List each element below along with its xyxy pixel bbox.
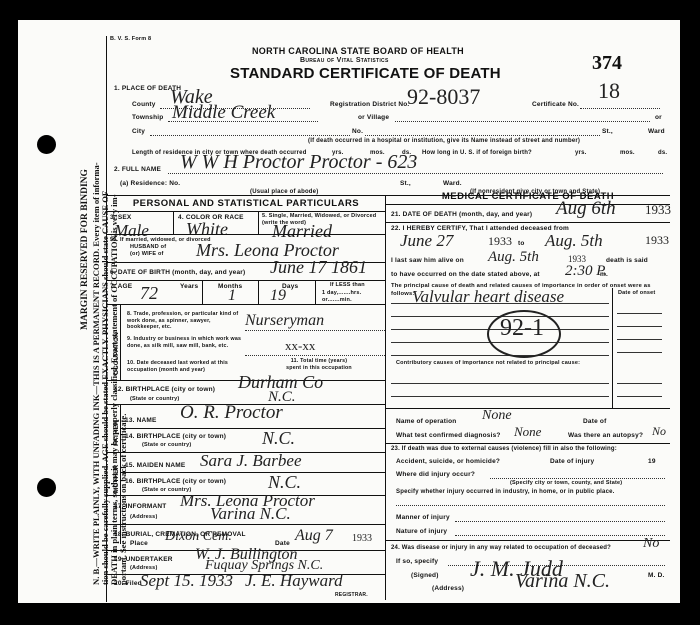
less-than-label: If LESS than — [330, 282, 365, 288]
physician-address-label: (Address) — [432, 585, 464, 592]
cause-line-1 — [391, 303, 609, 304]
cause-value: Valvular heart disease — [412, 287, 564, 307]
certificate-title: STANDARD CERTIFICATE OF DEATH — [230, 65, 501, 82]
burial-place-value: Dixon Cem. — [165, 529, 232, 545]
rule-row-6 — [106, 280, 386, 281]
form-id: B. V. S. Form 8 — [110, 36, 151, 42]
city-ward-label: Ward — [648, 128, 665, 135]
age-years-value: 72 — [140, 283, 158, 304]
hospital-note: (If death occurred in a hospital or inst… — [308, 138, 580, 144]
board-title: NORTH CAROLINA STATE BOARD OF HEALTH — [252, 46, 464, 56]
trade-label: 8. Trade, profession, or particular kind… — [127, 311, 245, 331]
township-value: Middle Creek — [172, 102, 275, 124]
full-name-label: 2. FULL NAME — [114, 166, 161, 173]
bureau-title: Bureau of Vital Statistics — [300, 57, 389, 64]
contrib-onset-2 — [617, 396, 662, 397]
cause-code-value: 92-1 — [500, 315, 544, 342]
village-label: or Village — [358, 114, 389, 121]
injury-date-label: Date of injury — [550, 458, 594, 465]
onset-line-3 — [617, 339, 662, 340]
nature-label: Nature of injury — [396, 528, 447, 535]
contrib-onset-1 — [617, 383, 662, 384]
mother-side-label: MOTHER — [111, 465, 122, 493]
signed-label: (Signed) — [411, 572, 439, 579]
burial-year-value: 1933 — [352, 533, 372, 544]
binding-margin: MARGIN RESERVED FOR BINDING N. B.—WRITE … — [18, 20, 106, 603]
cert-no-label: Certificate No. — [532, 101, 579, 108]
cause-line-5 — [391, 355, 609, 356]
foreign-yrs-label: yrs. — [575, 150, 586, 156]
county-label: County — [132, 101, 156, 108]
city-line — [150, 135, 350, 136]
onset-line-1 — [617, 313, 662, 314]
to-label: to — [518, 240, 525, 247]
last-saw-label: I last saw him alive on — [391, 257, 464, 264]
form-left-border — [106, 36, 107, 602]
rule-row-17 — [106, 524, 386, 525]
full-name-value: W W H Proctor Proctor - 623 — [180, 151, 417, 174]
date-of-death-label: 21. DATE OF DEATH (month, day, and year) — [391, 211, 532, 218]
last-saw-value: Aug. 5th — [488, 249, 539, 266]
sex-label: 3. SEX — [110, 214, 131, 221]
reg-district-value: 92-8037 — [407, 84, 480, 110]
cert-no-line — [580, 108, 660, 109]
physician-address-value: Varina N.C. — [515, 570, 610, 593]
attended-from-value: June 27 — [400, 231, 453, 251]
filed-label: 20. Filed — [114, 580, 142, 587]
date-of-death-year: 1933 — [645, 202, 671, 218]
punch-hole-bottom — [37, 478, 56, 497]
rule-sex — [173, 211, 174, 234]
date-of-death-value: Aug 6th — [556, 198, 616, 220]
filed-value: Sept 15. 1933 — [140, 571, 233, 591]
where-injury-line — [490, 478, 665, 479]
rule-contrib — [386, 408, 670, 409]
industry-label: 9. Industry or business in which work wa… — [127, 336, 245, 349]
father-name-value: O. R. Proctor — [180, 402, 283, 424]
occupation-side-rule — [120, 304, 121, 380]
punch-hole-top — [37, 135, 56, 154]
onset-line-4 — [617, 352, 662, 353]
specify-city-note: (Specify city or town, county, and State… — [510, 480, 622, 486]
onset-column-rule — [612, 288, 613, 408]
industry-home-line — [396, 505, 665, 506]
manner-line — [455, 521, 665, 522]
date-of-onset-label: Date of onset — [618, 290, 655, 296]
to-year-value: 1933 — [645, 233, 669, 248]
contributory-label: Contributory causes of importance not re… — [396, 360, 606, 367]
contrib-line-1 — [391, 383, 609, 384]
village-line — [395, 121, 650, 122]
residence-label: (a) Residence: No. — [120, 180, 180, 187]
marital-value: Married — [272, 221, 332, 242]
margin-reserved-label: MARGIN RESERVED FOR BINDING — [80, 169, 91, 330]
less-min-label: or.......min. — [322, 297, 352, 303]
city-no-label: No. — [352, 128, 363, 135]
mother-name-value: Sara J. Barbee — [200, 451, 302, 471]
mother-name-label: 15. MAIDEN NAME — [125, 462, 185, 469]
residence-st-label: St., — [400, 180, 411, 187]
father-name-label: 13. NAME — [125, 417, 157, 424]
rule-age-1 — [202, 280, 203, 304]
md-label: M. D. — [648, 572, 665, 579]
registrar-value: J. E. Hayward — [245, 571, 343, 591]
where-injury-label: Where did injury occur? — [396, 471, 475, 478]
rule-color — [258, 211, 259, 234]
industry-value: xx-xx — [285, 338, 315, 354]
birthplace-label: 12. BIRTHPLACE (city or town) — [114, 386, 215, 393]
street-line — [365, 135, 600, 136]
dob-label: 6. DATE OF BIRTH (month, day, and year) — [110, 269, 245, 276]
accident-label: Accident, suicide, or homicide? — [396, 458, 500, 465]
stamp-number: 374 — [592, 52, 622, 75]
father-bp-state-label: (State or country) — [142, 442, 191, 448]
rule-row-7 — [106, 304, 386, 305]
operation-value: None — [482, 408, 512, 424]
rule-mother-name — [120, 472, 386, 473]
rule-age-2 — [258, 280, 259, 304]
informant-address-value: Varina N.C. — [210, 504, 291, 524]
personal-section-title: PERSONAL AND STATISTICAL PARTICULARS — [106, 198, 386, 209]
city-label: City — [132, 128, 145, 135]
years-label: Years — [180, 283, 198, 290]
or-label: or — [655, 114, 662, 121]
rule-dod — [386, 222, 670, 223]
injury-year-label: 19 — [648, 458, 656, 465]
birthplace-state-label: (State or country) — [130, 396, 179, 402]
spouse-label-2: HUSBAND of — [130, 244, 166, 250]
dob-value: June 17 1861 — [270, 257, 367, 278]
related-occupation-value: No — [643, 536, 659, 552]
m-label: m. — [600, 271, 608, 278]
diagnosis-label: What test confirmed diagnosis? — [396, 432, 501, 439]
attended-to-value: Aug. 5th — [545, 231, 603, 251]
undertaker-label: 19. UNDERTAKER — [114, 556, 173, 563]
rule-nature — [386, 540, 670, 541]
informant-address-label: (Address) — [130, 514, 157, 520]
rule-father-name — [120, 428, 386, 429]
autopsy-value: No — [652, 424, 666, 439]
residence-ward-label: Ward. — [443, 180, 462, 187]
city-st-label: St., — [602, 128, 613, 135]
diagnosis-value: None — [514, 424, 541, 440]
personal-title-rule — [106, 211, 386, 212]
age-label: 7. AGE — [110, 283, 132, 290]
foreign-label: How long in U. S. if of foreign birth? — [422, 150, 532, 156]
if-so-label: If so, specify — [396, 558, 438, 565]
last-worked-label: 10. Date deceased last worked at this oc… — [127, 360, 245, 373]
contrib-line-2 — [391, 396, 609, 397]
from-year-value: 1933 — [488, 234, 512, 249]
father-birthplace-value: N.C. — [262, 428, 295, 449]
operation-label: Name of operation — [396, 418, 456, 425]
death-said-label: death is said — [606, 257, 648, 264]
cert-no-value: 18 — [598, 78, 620, 104]
age-days-value: 19 — [270, 287, 286, 305]
industry-line — [245, 355, 385, 356]
operation-date-label: Date of — [583, 418, 606, 425]
father-birthplace-label: 14. BIRTHPLACE (city or town) — [125, 433, 226, 440]
industry-home-label: Specify whether injury occurred in indus… — [396, 489, 615, 495]
manner-label: Manner of injury — [396, 514, 450, 521]
rule-row-3 — [106, 234, 386, 235]
township-label: Township — [132, 114, 163, 121]
foreign-mos-label: mos. — [620, 150, 635, 156]
onset-line-2 — [617, 326, 662, 327]
rule-age-3 — [315, 280, 316, 304]
autopsy-label: Was there an autopsy? — [568, 432, 643, 439]
rule-autopsy — [386, 443, 670, 444]
total-time-label: 11. Total time (years) spent in this occ… — [285, 358, 353, 371]
reg-district-label: Registration District No. — [330, 101, 409, 108]
mother-birthplace-value: N.C. — [268, 472, 301, 493]
nature-line — [455, 535, 665, 536]
less-hrs-label: 1 day,.......hrs. — [322, 290, 361, 296]
trade-value: Nurseryman — [245, 312, 324, 330]
medical-title-rule — [386, 204, 670, 205]
trade-line — [245, 330, 385, 331]
foreign-ds-label: ds. — [658, 150, 667, 156]
age-months-value: 1 — [228, 287, 236, 305]
registrar-label: REGISTRAR. — [335, 592, 368, 598]
burial-place-label: Place — [130, 540, 148, 547]
spouse-label-3: (or) WIFE of — [130, 251, 164, 257]
related-occupation-label: 24. Was disease or injury in any way rel… — [391, 545, 611, 551]
burial-date-value: Aug 7 — [295, 527, 333, 545]
medical-section-title: MEDICAL CERTIFICATE OF DEATH — [386, 191, 670, 202]
occurred-label: to have occurred on the date stated abov… — [391, 271, 540, 278]
mother-birthplace-label: 16. BIRTHPLACE (city or town) — [125, 478, 226, 485]
informant-label: 17. INFORMANT — [114, 503, 166, 510]
external-causes-label: 23. If death was due to external causes … — [391, 446, 617, 452]
